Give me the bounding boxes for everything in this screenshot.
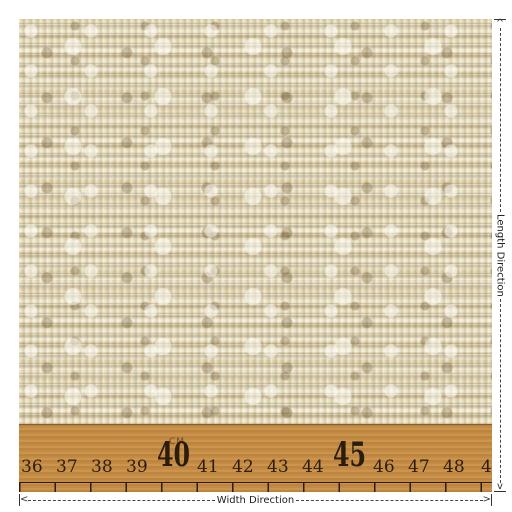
measuring-ruler: CM 363738394041424344454647484	[19, 424, 492, 492]
ruler-number: 40	[157, 435, 190, 475]
ruler-number: 48	[443, 457, 465, 477]
ruler-ticks	[19, 482, 492, 492]
width-end-bar	[491, 494, 492, 506]
length-dashed-line	[500, 299, 501, 483]
ruler-number: 43	[267, 457, 289, 477]
length-direction-label: Length Direction	[495, 212, 506, 299]
down-arrow-icon: v	[497, 483, 503, 491]
ruler-number: 4	[481, 457, 492, 477]
fabric-photo: CM 363738394041424344454647484	[19, 19, 492, 492]
ruler-number: 41	[197, 457, 219, 477]
width-dashed-line	[28, 500, 214, 501]
ruler-number: 38	[91, 457, 113, 477]
ruler-number: 46	[373, 457, 395, 477]
ruler-number: 44	[302, 457, 324, 477]
length-dashed-line	[500, 28, 501, 212]
left-arrow-icon: <	[20, 495, 28, 505]
ruler-number: 37	[56, 457, 78, 477]
ruler-number: 36	[21, 457, 43, 477]
up-arrow-icon: ^	[496, 20, 504, 28]
ruler-number: 39	[126, 457, 148, 477]
right-arrow-icon: >	[483, 495, 491, 505]
ruler-number: 47	[408, 457, 430, 477]
length-direction-indicator: ^ Length Direction v	[493, 19, 507, 492]
width-direction-label: Width Direction	[215, 495, 296, 506]
width-direction-indicator: < Width Direction >	[19, 493, 492, 507]
ruler-number: 42	[232, 457, 254, 477]
length-end-bar	[494, 491, 506, 492]
ruler-number: 45	[333, 435, 366, 475]
fabric-texture	[19, 19, 492, 424]
width-dashed-line	[296, 500, 482, 501]
